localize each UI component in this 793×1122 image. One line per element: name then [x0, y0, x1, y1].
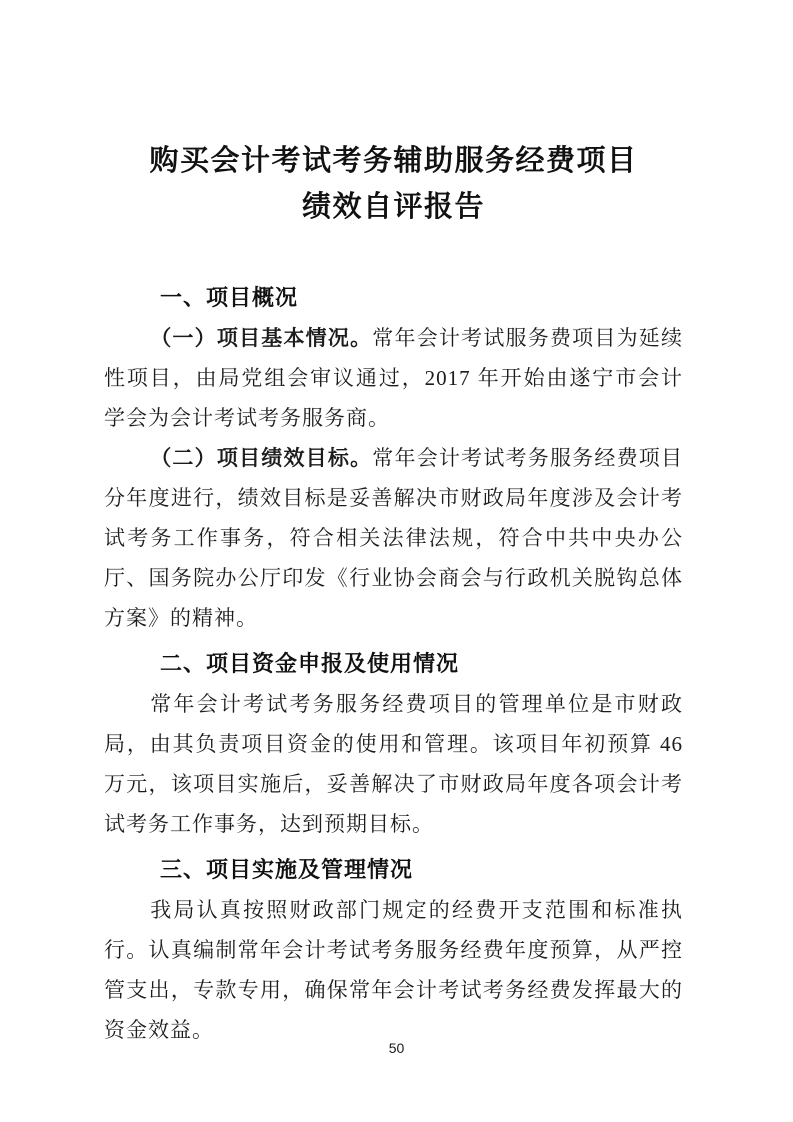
- paragraph: （二）项目绩效目标。常年会计考试考务服务经费项目分年度进行，绩效目标是妥善解决市…: [104, 438, 683, 638]
- section-implementation-management: 三、项目实施及管理情况 我局认真按照财政部门规定的经费开支范围和标准执行。认真编…: [104, 850, 683, 1050]
- paragraph-text: 常年会计考试考务服务经费项目分年度进行，绩效目标是妥善解决市财政局年度涉及会计考…: [104, 446, 683, 630]
- paragraph: 我局认真按照财政部门规定的经费开支范围和标准执行。认真编制常年会计考试考务服务经…: [104, 890, 683, 1050]
- section-heading: 三、项目实施及管理情况: [160, 850, 683, 890]
- document-title-line-2: 绩效自评报告: [104, 184, 683, 230]
- paragraph-lead: （一）项目基本情况。: [150, 326, 372, 350]
- paragraph: 常年会计考试考务服务经费项目的管理单位是市财政局，由其负责项目资金的使用和管理。…: [104, 684, 683, 844]
- section-heading: 一、项目概况: [160, 278, 683, 318]
- paragraph-lead: （二）项目绩效目标。: [150, 446, 372, 470]
- document-title: 购买会计考试考务辅助服务经费项目 绩效自评报告: [104, 138, 683, 230]
- section-heading: 二、项目资金申报及使用情况: [160, 644, 683, 684]
- paragraph: （一）项目基本情况。常年会计考试服务费项目为延续性项目，由局党组会审议通过，20…: [104, 318, 683, 438]
- document-page: 购买会计考试考务辅助服务经费项目 绩效自评报告 一、项目概况 （一）项目基本情况…: [0, 0, 793, 1122]
- section-funding-usage: 二、项目资金申报及使用情况 常年会计考试考务服务经费项目的管理单位是市财政局，由…: [104, 644, 683, 844]
- paragraph-text: 我局认真按照财政部门规定的经费开支范围和标准执行。认真编制常年会计考试考务服务经…: [104, 898, 683, 1042]
- document-title-line-1: 购买会计考试考务辅助服务经费项目: [104, 138, 683, 184]
- page-number: 50: [0, 1040, 793, 1056]
- section-project-overview: 一、项目概况 （一）项目基本情况。常年会计考试服务费项目为延续性项目，由局党组会…: [104, 278, 683, 638]
- paragraph-text: 常年会计考试考务服务经费项目的管理单位是市财政局，由其负责项目资金的使用和管理。…: [104, 692, 683, 836]
